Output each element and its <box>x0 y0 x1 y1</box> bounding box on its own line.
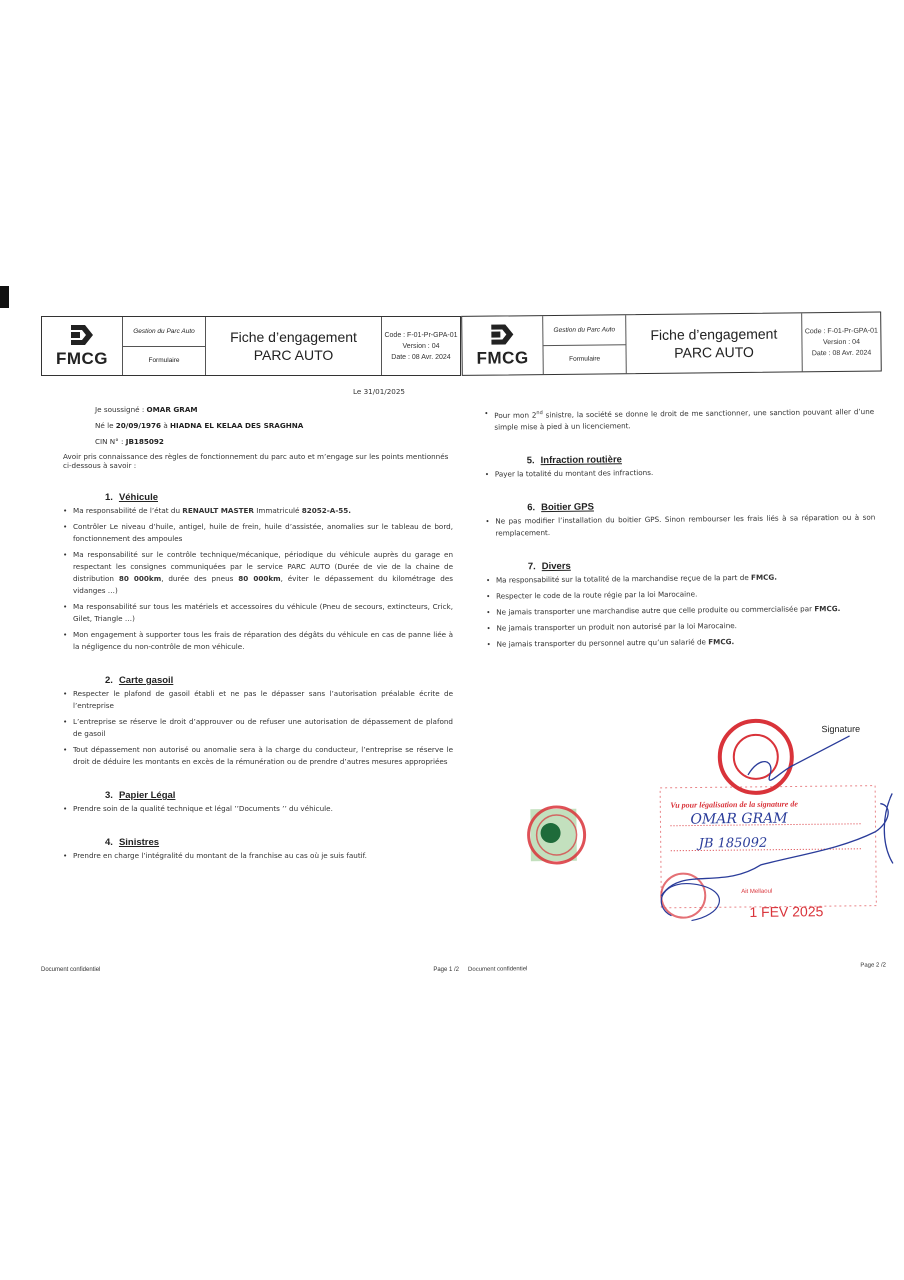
fmcg-arrow-icon <box>67 323 97 347</box>
seal-icon <box>661 873 705 917</box>
list-item: Respecter le code de la route régie par … <box>486 587 876 603</box>
list-item: Ne jamais transporter un produit non aut… <box>486 619 876 635</box>
svg-text:JB 185092: JB 185092 <box>696 836 768 852</box>
intro-paragraph: Avoir pris connaissance des règles de fo… <box>63 452 453 470</box>
department-label: Gestion du Parc Auto <box>123 317 205 347</box>
fmcg-arrow-icon <box>487 322 517 346</box>
list-item: Respecter le plafond de gasoil établi et… <box>63 688 453 712</box>
section-title: 4.Sinistres <box>105 837 453 849</box>
section-title: 1.Véhicule <box>105 492 453 504</box>
signature-stroke <box>748 736 850 781</box>
document-title: Fiche d’engagement PARC AUTO <box>626 313 803 373</box>
identity-name: Je soussigné : OMAR GRAM <box>63 404 453 416</box>
svg-text:OMAR GRAM: OMAR GRAM <box>690 811 788 828</box>
document-title: Fiche d’engagement PARC AUTO <box>206 317 382 375</box>
doc-code: Code : F-01-Pr-GPA-01 <box>384 330 457 341</box>
doc-code: Code : F-01-Pr-GPA-01 <box>805 325 878 337</box>
list-item: Prendre en charge l’intégralité du monta… <box>63 850 453 862</box>
svg-text:Ait Mellaoul: Ait Mellaoul <box>741 889 772 895</box>
list-item: Ma responsabilité sur tous les matériels… <box>63 601 453 625</box>
commune-round-stamp-icon <box>719 721 792 794</box>
footer-page-number: Page 1 /2 <box>433 967 459 973</box>
page-2: FMCG Gestion du Parc Auto Formulaire Fic… <box>455 295 892 1009</box>
svg-text:Vu pour légalisation de la sig: Vu pour légalisation de la signature de <box>670 799 798 809</box>
logo-text: FMCG <box>476 348 528 369</box>
document-header: FMCG Gestion du Parc Auto Formulaire Fic… <box>41 316 461 376</box>
doc-type-label: Formulaire <box>543 345 625 374</box>
list-item: Ma responsabilité de l’état du RENAULT M… <box>63 505 453 517</box>
document-header: FMCG Gestion du Parc Auto Formulaire Fic… <box>461 312 882 376</box>
document-code-block: Code : F-01-Pr-GPA-01 Version : 04 Date … <box>382 317 460 375</box>
identity-cin: CIN N° : JB185092 <box>63 436 453 448</box>
list-item: Ne jamais transporter une marchandise au… <box>486 603 876 619</box>
list-item: Ne pas modifier l’installation du boitie… <box>485 512 875 540</box>
department-label: Gestion du Parc Auto <box>543 315 625 345</box>
page-1-body: Le 31/01/2025 Je soussigné : OMAR GRAM N… <box>63 380 453 866</box>
doc-date: Date : 08 Avr. 2024 <box>812 347 872 359</box>
company-logo: FMCG <box>42 317 123 375</box>
title-line-2: PARC AUTO <box>254 346 334 364</box>
list-item: Mon engagement à supporter tous les frai… <box>63 629 453 653</box>
page-1: FMCG Gestion du Parc Auto Formulaire Fic… <box>35 300 465 1010</box>
scan-edge-mark <box>0 286 9 308</box>
footer-confidential: Document confidentiel <box>41 967 100 973</box>
footer-page-number: Page 2 /2 <box>860 963 886 969</box>
title-line-2: PARC AUTO <box>674 343 754 362</box>
legalisation-stamps: Vu pour légalisation de la signature de … <box>519 713 901 937</box>
fiscal-stamp-icon <box>528 807 585 864</box>
list-item: Ne jamais transporter du personnel autre… <box>487 635 877 651</box>
title-line-1: Fiche d’engagement <box>650 325 777 344</box>
list-item: Ma responsabilité sur le contrôle techni… <box>63 549 453 597</box>
footer-confidential: Document confidentiel <box>468 966 527 973</box>
list-item: Contrôler Le niveau d’huile, antigel, hu… <box>63 521 453 545</box>
title-line-1: Fiche d’engagement <box>230 328 357 346</box>
document-code-block: Code : F-01-Pr-GPA-01 Version : 04 Date … <box>802 313 881 372</box>
list-item: Prendre soin de la qualité technique et … <box>63 803 453 815</box>
identity-birth: Né le 20/09/1976 à HIADNA EL KELAA DES S… <box>63 420 453 432</box>
section-title: 2.Carte gasoil <box>105 675 453 687</box>
list-item: L’entreprise se réserve le droit d’appro… <box>63 716 453 740</box>
doc-date: Date : 08 Avr. 2024 <box>391 352 450 363</box>
legalisation-rect-stamp: Vu pour légalisation de la signature de … <box>660 786 876 921</box>
doc-version: Version : 04 <box>403 341 440 352</box>
signing-date: Le 31/01/2025 <box>63 386 453 398</box>
continuation-item: Pour mon 2nd sinistre, la société se don… <box>484 404 874 434</box>
logo-text: FMCG <box>56 349 108 369</box>
company-logo: FMCG <box>462 316 544 375</box>
page-2-body: Pour mon 2nd sinistre, la société se don… <box>484 404 877 655</box>
list-item: Tout dépassement non autorisé ou anomali… <box>63 744 453 768</box>
doc-version: Version : 04 <box>823 336 860 347</box>
section-title: 3.Papier Légal <box>105 790 453 802</box>
doc-type-label: Formulaire <box>123 347 205 376</box>
svg-text:1 FEV 2025: 1 FEV 2025 <box>749 903 823 920</box>
